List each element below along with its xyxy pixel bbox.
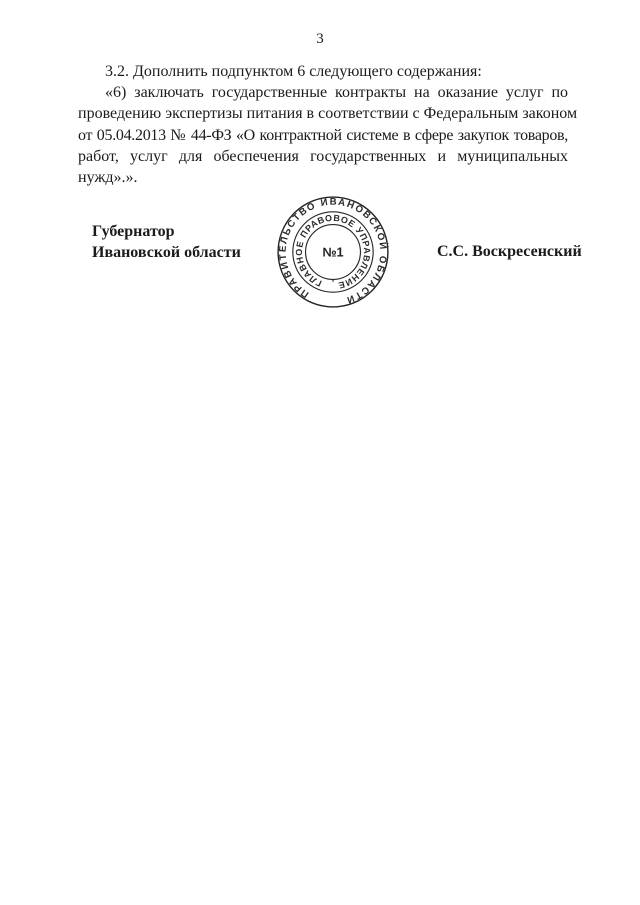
official-stamp: ПРАВИТЕЛЬСТВО ИВАНОВСКОЙ ОБЛАСТИ ГЛАВНОЕ…	[272, 191, 394, 313]
document-body: 3.2. Дополнить подпунктом 6 следующего с…	[78, 61, 568, 188]
paragraph-line: работ, услуг для обеспечения государстве…	[78, 146, 568, 167]
paragraph-line: от 05.04.2013 № 44-ФЗ «О контрактной сис…	[78, 125, 568, 146]
signature-name: С.С. Воскресенский	[437, 241, 582, 262]
signature-title-line1: Губернатор	[92, 221, 241, 242]
paragraph-line: нужд».».	[78, 167, 568, 188]
stamp-separator-star: *	[332, 279, 335, 287]
stamp-number: №1	[322, 246, 343, 260]
document-page: 3 3.2. Дополнить подпунктом 6 следующего…	[0, 0, 640, 905]
paragraph-line: «6) заключать государственные контракты …	[78, 82, 568, 103]
paragraph-line: 3.2. Дополнить подпунктом 6 следующего с…	[78, 61, 568, 82]
signature-title-line2: Ивановской области	[92, 242, 241, 263]
signature-title: Губернатор Ивановской области	[92, 221, 241, 263]
paragraph-line: проведению экспертизы питания в соответс…	[78, 103, 568, 124]
page-number: 3	[0, 30, 640, 48]
